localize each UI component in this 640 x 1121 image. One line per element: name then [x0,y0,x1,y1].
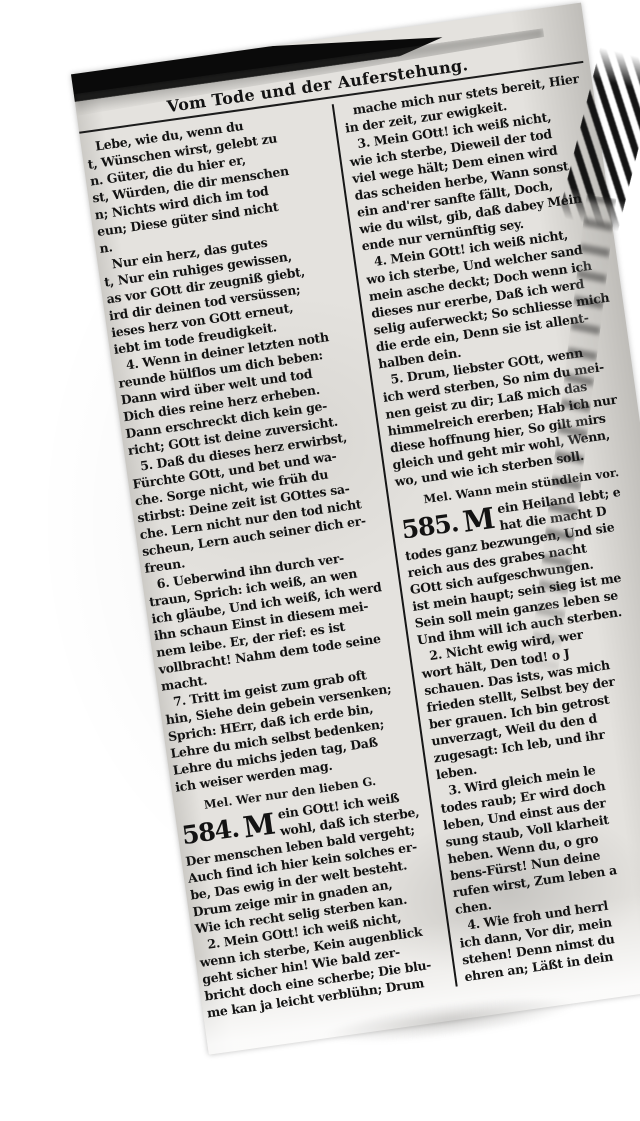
book-scan-photo: Vom Tode und der Auferstehung. Lebe, wie… [0,0,640,1121]
hymn-dropcap: M [241,806,277,844]
hymn-dropcap: M [461,501,497,539]
